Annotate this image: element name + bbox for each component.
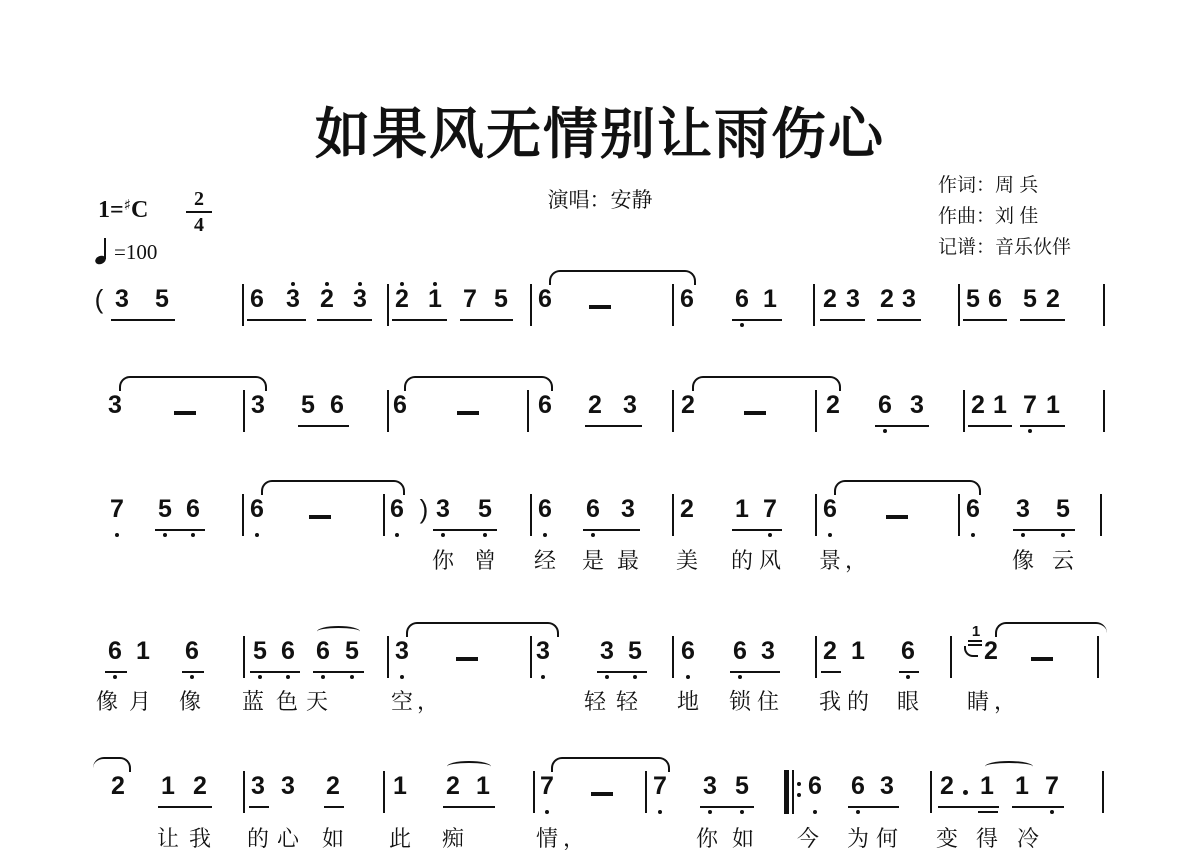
note-digit: 7 — [110, 496, 124, 522]
octave-dot-high — [433, 282, 437, 286]
note-digit: 1 — [851, 638, 865, 664]
note-digit: 3 — [353, 286, 367, 312]
barline — [930, 771, 932, 813]
note-digit: 3 — [281, 773, 295, 799]
beam-underline — [313, 671, 364, 673]
note-digit: 1 — [1046, 392, 1060, 418]
beam-underline — [250, 671, 300, 673]
octave-dot-low — [115, 533, 119, 537]
credits-block: 作词：周 兵 作曲：刘 佳 记谱：音乐伙伴 — [938, 170, 1071, 263]
octave-dot-low — [828, 533, 832, 537]
lyric-syllable: 蓝 — [242, 690, 264, 714]
lyric-syllable: 风 — [759, 549, 781, 573]
octave-dot-low — [545, 810, 549, 814]
beam-underline — [111, 319, 175, 321]
octave-dot-low — [971, 533, 975, 537]
octave-dot-low — [113, 675, 117, 679]
octave-dot-low — [813, 810, 817, 814]
beam-underline — [963, 319, 1007, 321]
barline — [1102, 771, 1104, 813]
octave-dot-low — [395, 533, 399, 537]
note-digit: 6 — [586, 496, 600, 522]
lyric-syllable: 景 — [819, 549, 841, 573]
lyric-syllable: 我 — [819, 690, 841, 714]
barline — [1097, 636, 1099, 678]
lyric-syllable: 是 — [582, 549, 604, 573]
lyric-syllable: 冷 — [1017, 827, 1039, 850]
note-digit: 6 — [281, 638, 295, 664]
note-digit: 2 — [1046, 286, 1060, 312]
octave-dot-low — [255, 533, 259, 537]
note-digit: 3 — [623, 392, 637, 418]
lyric-syllable: 让 — [157, 827, 179, 850]
note-digit: 6 — [185, 638, 199, 664]
note-digit: 6 — [538, 496, 552, 522]
slur-arc — [447, 761, 491, 772]
lyric-syllable: 变 — [936, 827, 958, 850]
note-digit: 3 — [621, 496, 635, 522]
lyric-syllable: 睛 — [967, 690, 989, 714]
lyric-syllable: 像 — [1012, 549, 1034, 573]
octave-dot-low — [350, 675, 354, 679]
beam-underline — [1012, 806, 1064, 808]
octave-dot-low — [740, 323, 744, 327]
note-digit: 5 — [158, 496, 172, 522]
note-digit: 3 — [1016, 496, 1030, 522]
tie-arc — [834, 480, 981, 495]
barline — [387, 284, 389, 326]
lyric-syllable: 如 — [732, 827, 754, 850]
slur-arc — [985, 761, 1033, 772]
barline — [387, 636, 389, 678]
note-digit: 6 — [250, 286, 264, 312]
octave-dot-low — [1028, 429, 1032, 433]
barline — [1100, 494, 1102, 536]
note-digit: 7 — [763, 496, 777, 522]
octave-dot-high — [358, 282, 362, 286]
lyric-syllable: 色 — [276, 690, 298, 714]
octave-dot-high — [291, 282, 295, 286]
note-digit: 3 — [902, 286, 916, 312]
lyric-syllable: 云 — [1052, 549, 1074, 573]
note-digit: 3 — [115, 286, 129, 312]
note-digit: 7 — [1045, 773, 1059, 799]
note-digit: 1 — [1015, 773, 1029, 799]
octave-dot-high — [325, 282, 329, 286]
octave-dot-low — [441, 533, 445, 537]
beam-underline — [443, 806, 495, 808]
octave-dot-low — [591, 533, 595, 537]
note-digit: 6 — [393, 392, 407, 418]
lyric-syllable: 曾 — [474, 549, 496, 573]
barline — [815, 494, 817, 536]
grace-tie — [964, 646, 978, 657]
note-digit: 3 — [251, 392, 265, 418]
note-digit: 6 — [988, 286, 1002, 312]
barline — [672, 284, 674, 326]
beam-underline — [597, 671, 647, 673]
beam-underline — [317, 319, 372, 321]
octave-dot-low — [658, 810, 662, 814]
barline — [958, 494, 960, 536]
note-digit: 5 — [628, 638, 642, 664]
lyric-syllable: 心 — [277, 827, 299, 850]
beam-underline — [700, 806, 754, 808]
barline — [815, 636, 817, 678]
lyric-syllable: 住 — [757, 690, 779, 714]
lyric-syllable: 此 — [389, 827, 411, 850]
octave-dot-low — [856, 810, 860, 814]
note-digit: 1 — [972, 624, 980, 639]
note-digit: 6 — [390, 496, 404, 522]
tie-arc — [119, 376, 267, 391]
sheet-music-page: 如果风无情别让雨伤心 演唱：安静 作词：周 兵 作曲：刘 佳 记谱：音乐伙伴 1… — [0, 0, 1200, 850]
beam-underline — [583, 529, 640, 531]
slur-arc — [317, 626, 360, 637]
barline — [963, 390, 965, 432]
sharp-icon: ♯ — [124, 196, 131, 214]
lyric-syllable: 轻 — [584, 690, 606, 714]
octave-dot-low — [483, 533, 487, 537]
note-digit: 2 — [984, 638, 998, 664]
tie-arc — [404, 376, 553, 391]
note-digit: 2 — [880, 286, 894, 312]
tie-arc — [261, 480, 405, 495]
note-digit: 7 — [540, 773, 554, 799]
note-digit: 1 — [393, 773, 407, 799]
lyric-syllable: ， — [563, 827, 585, 850]
barline — [672, 494, 674, 536]
lyric-syllable: 得 — [976, 827, 998, 850]
duration-dash — [1031, 657, 1053, 661]
note-digit: 2 — [823, 286, 837, 312]
octave-dot-low — [286, 675, 290, 679]
duration-dash — [456, 657, 478, 661]
beam-underline — [821, 671, 841, 673]
duration-dash — [589, 305, 611, 309]
duration-dash — [744, 411, 766, 415]
barline — [242, 494, 244, 536]
note-digit: 3 — [910, 392, 924, 418]
note-digit: 1 — [476, 773, 490, 799]
octave-dot-low — [633, 675, 637, 679]
note-digit: 1 — [136, 638, 150, 664]
note-digit: 5 — [494, 286, 508, 312]
note-digit: 1 — [763, 286, 777, 312]
beam-underline — [1013, 529, 1075, 531]
note-digit: 2 — [823, 638, 837, 664]
note-digit: 6 — [733, 638, 747, 664]
barline — [383, 494, 385, 536]
barline — [672, 636, 674, 678]
octave-dot-low — [321, 675, 325, 679]
octave-dot-low — [543, 533, 547, 537]
repeat-dot — [797, 793, 801, 797]
note-digit: 2 — [588, 392, 602, 418]
note-digit: 2 — [320, 286, 334, 312]
tie-arc — [692, 376, 841, 391]
repeat-dot — [797, 782, 801, 786]
augmentation-dot — [963, 790, 968, 795]
barline — [530, 494, 532, 536]
note-digit: 7 — [1023, 392, 1037, 418]
note-digit: 1 — [161, 773, 175, 799]
octave-dot-low — [605, 675, 609, 679]
lyric-syllable: 痴 — [442, 827, 464, 850]
tie-arc — [549, 270, 696, 285]
barline — [383, 771, 385, 813]
beam-underline — [732, 319, 782, 321]
note-digit: 3 — [286, 286, 300, 312]
note-digit: 5 — [253, 638, 267, 664]
beam-underline — [105, 671, 127, 673]
repeat-sign-thin — [792, 770, 794, 814]
octave-dot-low — [686, 675, 690, 679]
lyric-syllable: 地 — [677, 690, 699, 714]
lyric-syllable: 像 — [96, 690, 118, 714]
octave-dot-low — [191, 533, 195, 537]
repeat-sign-thick — [784, 770, 789, 814]
barline — [645, 771, 647, 813]
duration-dash — [457, 411, 479, 415]
duration-dash — [591, 792, 613, 796]
meter-numerator: 2 — [186, 188, 212, 210]
lyric-syllable: 为 — [847, 827, 869, 850]
lyric-syllable: 最 — [617, 549, 639, 573]
note-digit: 6 — [316, 638, 330, 664]
lyric-syllable: 今 — [797, 827, 819, 850]
barline — [530, 284, 532, 326]
note-digit: 6 — [901, 638, 915, 664]
beam-underline — [155, 529, 205, 531]
lyric-syllable: 的 — [847, 690, 869, 714]
beam-underline — [460, 319, 513, 321]
tie-arc — [995, 622, 1107, 637]
note-digit: 6 — [878, 392, 892, 418]
lyric-syllable: 空 — [391, 690, 413, 714]
octave-dot-low — [1021, 533, 1025, 537]
beam-underline — [730, 671, 780, 673]
quarter-note-icon — [95, 238, 109, 265]
lyric-syllable: 如 — [322, 827, 344, 850]
note-digit: 7 — [463, 286, 477, 312]
octave-dot-low — [541, 675, 545, 679]
note-digit: 2 — [446, 773, 460, 799]
note-digit: 6 — [250, 496, 264, 522]
note-digit: 5 — [966, 286, 980, 312]
note-digit: 2 — [111, 773, 125, 799]
note-digit: 2 — [681, 392, 695, 418]
note-digit: 5 — [301, 392, 315, 418]
song-title: 如果风无情别让雨伤心 — [0, 90, 1200, 169]
time-signature: 2 4 — [186, 188, 212, 236]
note-digit: 6 — [681, 638, 695, 664]
note-digit: 6 — [823, 496, 837, 522]
lyric-syllable: 何 — [876, 827, 898, 850]
duration-dash — [886, 515, 908, 519]
tie-arc — [406, 622, 559, 637]
barline — [813, 284, 815, 326]
note-digit: 1 — [428, 286, 442, 312]
note-digit: 3 — [703, 773, 717, 799]
composer-credit: 作曲：刘 佳 — [938, 201, 1071, 232]
beam-underline — [877, 319, 921, 321]
note-digit: 6 — [108, 638, 122, 664]
octave-dot-low — [738, 675, 742, 679]
note-digit: 3 — [395, 638, 409, 664]
tempo-value: =100 — [114, 240, 157, 265]
note-digit: 2 — [395, 286, 409, 312]
beam-underline — [247, 319, 306, 321]
barline — [387, 390, 389, 432]
lyric-syllable: 经 — [534, 549, 556, 573]
note-digit: 2 — [971, 392, 985, 418]
barline — [242, 284, 244, 326]
barline — [1103, 284, 1105, 326]
barline — [815, 390, 817, 432]
note-digit: 2 — [193, 773, 207, 799]
octave-dot-low — [768, 533, 772, 537]
octave-dot-low — [258, 675, 262, 679]
phrase-paren: ) — [420, 496, 429, 522]
lyric-syllable: 锁 — [729, 690, 751, 714]
beam-underline — [298, 425, 349, 427]
note-digit: 6 — [186, 496, 200, 522]
beam-underline — [938, 806, 999, 808]
beam-underline — [1020, 425, 1065, 427]
beam-underline — [392, 319, 447, 321]
octave-dot-low — [163, 533, 167, 537]
barline — [950, 636, 952, 678]
octave-dot-low — [883, 429, 887, 433]
note-digit: 3 — [761, 638, 775, 664]
octave-dot-low — [906, 675, 910, 679]
note-digit: 2 — [940, 773, 954, 799]
barline — [243, 636, 245, 678]
key-letter: C — [131, 197, 148, 223]
lyric-syllable: 像 — [179, 690, 201, 714]
grace-underline — [968, 640, 982, 642]
note-digit: 2 — [326, 773, 340, 799]
note-digit: 3 — [880, 773, 894, 799]
note-digit: 3 — [251, 773, 265, 799]
note-digit: 1 — [980, 773, 994, 799]
barline — [533, 771, 535, 813]
lyric-syllable: 轻 — [616, 690, 638, 714]
note-digit: 2 — [680, 496, 694, 522]
key-prefix: 1= — [98, 197, 124, 223]
beam-underline — [324, 806, 344, 808]
key-signature: 1=♯C — [98, 196, 148, 224]
note-digit: 5 — [478, 496, 492, 522]
note-digit: 2 — [826, 392, 840, 418]
note-digit: 6 — [735, 286, 749, 312]
barline — [958, 284, 960, 326]
meter-denominator: 4 — [186, 214, 212, 236]
note-digit: 1 — [993, 392, 1007, 418]
barline — [1103, 390, 1105, 432]
note-digit: 6 — [808, 773, 822, 799]
octave-dot-low — [740, 810, 744, 814]
beam-underline — [968, 425, 1012, 427]
beam-underline — [875, 425, 929, 427]
barline — [527, 390, 529, 432]
duration-dash — [309, 515, 331, 519]
lyric-syllable: 月 — [129, 690, 151, 714]
beam-underline — [820, 319, 865, 321]
beam-underline — [585, 425, 642, 427]
octave-dot-low — [1050, 810, 1054, 814]
lyric-syllable: 美 — [676, 549, 698, 573]
note-digit: 6 — [966, 496, 980, 522]
lyric-syllable: 天 — [306, 690, 328, 714]
note-digit: 6 — [851, 773, 865, 799]
beam-underline — [899, 671, 919, 673]
barline — [672, 390, 674, 432]
tie-arc — [93, 757, 131, 772]
note-digit: 6 — [538, 392, 552, 418]
beam-underline — [848, 806, 899, 808]
octave-dot-low — [1061, 533, 1065, 537]
note-digit: 3 — [846, 286, 860, 312]
barline — [243, 771, 245, 813]
transcriber-credit: 记谱：音乐伙伴 — [938, 232, 1071, 263]
beam-underline — [433, 529, 497, 531]
note-digit: 5 — [345, 638, 359, 664]
note-digit: 5 — [155, 286, 169, 312]
note-digit: 6 — [538, 286, 552, 312]
beam-underline — [978, 811, 998, 813]
lyric-syllable: 的 — [731, 549, 753, 573]
lyric-syllable: 你 — [432, 549, 454, 573]
lyric-syllable: 你 — [696, 827, 718, 850]
note-digit: 7 — [653, 773, 667, 799]
lyric-syllable: ， — [994, 690, 1016, 714]
note-digit: 3 — [600, 638, 614, 664]
lyric-syllable: 眼 — [897, 690, 919, 714]
phrase-paren: ( — [95, 286, 104, 312]
beam-underline — [182, 671, 204, 673]
note-digit: 1 — [735, 496, 749, 522]
note-digit: 6 — [680, 286, 694, 312]
octave-dot-low — [400, 675, 404, 679]
lyric-syllable: 我 — [189, 827, 211, 850]
note-digit: 3 — [536, 638, 550, 664]
beam-underline — [732, 529, 782, 531]
lyricist-credit: 作词：周 兵 — [938, 170, 1071, 201]
lyric-syllable: ， — [417, 690, 439, 714]
duration-dash — [174, 411, 196, 415]
octave-dot-low — [190, 675, 194, 679]
barline — [243, 390, 245, 432]
note-digit: 6 — [330, 392, 344, 418]
lyric-syllable: 情 — [536, 827, 558, 850]
lyric-syllable: ， — [845, 549, 867, 573]
note-digit: 5 — [1056, 496, 1070, 522]
lyric-syllable: 的 — [247, 827, 269, 850]
barline — [530, 636, 532, 678]
note-digit: 5 — [1023, 286, 1037, 312]
octave-dot-high — [400, 282, 404, 286]
note-digit: 3 — [436, 496, 450, 522]
beam-underline — [158, 806, 212, 808]
note-digit: 3 — [108, 392, 122, 418]
fraction-bar — [186, 211, 212, 213]
octave-dot-low — [708, 810, 712, 814]
beam-underline — [1020, 319, 1065, 321]
beam-underline — [249, 806, 269, 808]
note-digit: 5 — [735, 773, 749, 799]
